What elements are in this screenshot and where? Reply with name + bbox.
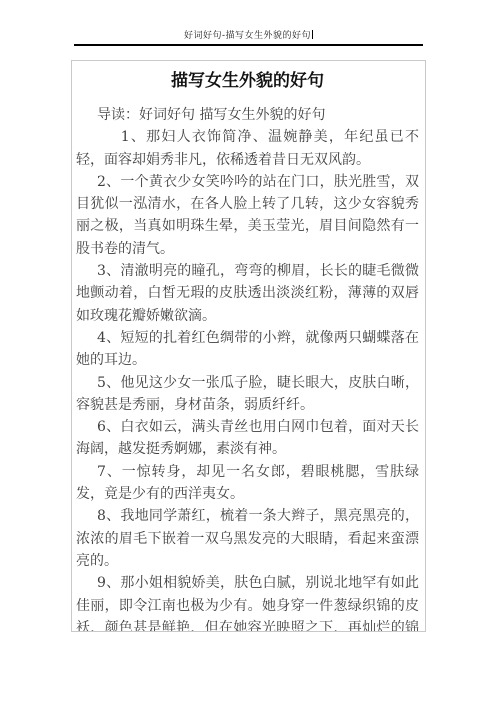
lead-paragraph: 导读：好词好句 描写女生外貌的好句 [76,104,419,126]
paragraph: 1、那妇人衣饰简净、温婉静美，年纪虽已不轻，面容却娟秀非凡，依稀透着昔日无双风韵… [76,126,419,171]
document-page[interactable]: 描写女生外貌的好句 导读：好词好句 描写女生外貌的好句 1、那妇人衣饰简净、温婉… [71,60,426,632]
paragraph: 7、一惊转身，却见一名女郎，碧眼桃腮，雪肤绿发，竟是少有的西洋夷女。 [76,461,419,506]
paragraph: 5、他见这少女一张瓜子脸，睫长眼大，皮肤白晰，容貌甚是秀丽，身材苗条，弱质纤纤。 [76,372,419,417]
running-header-text: 好词好句-描写女生外貌的好句 [184,31,311,41]
paragraph: 2、一个黄衣少女笑吟吟的站在门口，肤光胜雪，双目犹似一泓清水，在各人脸上转了几转… [76,171,419,260]
header-rule-line [74,44,423,46]
running-header[interactable]: 好词好句-描写女生外貌的好句 [74,29,423,44]
paragraph-list: 1、那妇人衣饰简净、温婉静美，年纪虽已不轻，面容却娟秀非凡，依稀透着昔日无双风韵… [76,126,419,632]
text-cursor [312,30,313,39]
document-body: 导读：好词好句 描写女生外貌的好句 1、那妇人衣饰简净、温婉静美，年纪虽已不轻，… [72,104,425,632]
paragraph: 4、短短的扎着红色绸带的小辫，就像两只蝴蝶落在她的耳边。 [76,327,419,372]
paragraph: 9、那小姐相貌娇美，肤色白腻，别说北地罕有如此佳丽，即令江南也极为少有。她身穿一… [76,572,419,632]
paragraph: 8、我地同学萧红，梳着一条大辫子，黑亮黑亮的，浓浓的眉毛下嵌着一双乌黑发亮的大眼… [76,505,419,572]
paragraph: 3、清澈明亮的瞳孔，弯弯的柳眉，长长的睫毛微微地颤动着，白皙无瑕的皮肤透出淡淡红… [76,260,419,327]
paragraph: 6、白衣如云，满头青丝也用白网巾包着，面对天长海阔，越发挺秀婀娜，素淡有神。 [76,416,419,461]
document-title: 描写女生外貌的好句 [76,68,419,94]
screenshot-canvas: 好词好句-描写女生外貌的好句 描写女生外貌的好句 导读：好词好句 描写女生外貌的… [0,0,496,702]
